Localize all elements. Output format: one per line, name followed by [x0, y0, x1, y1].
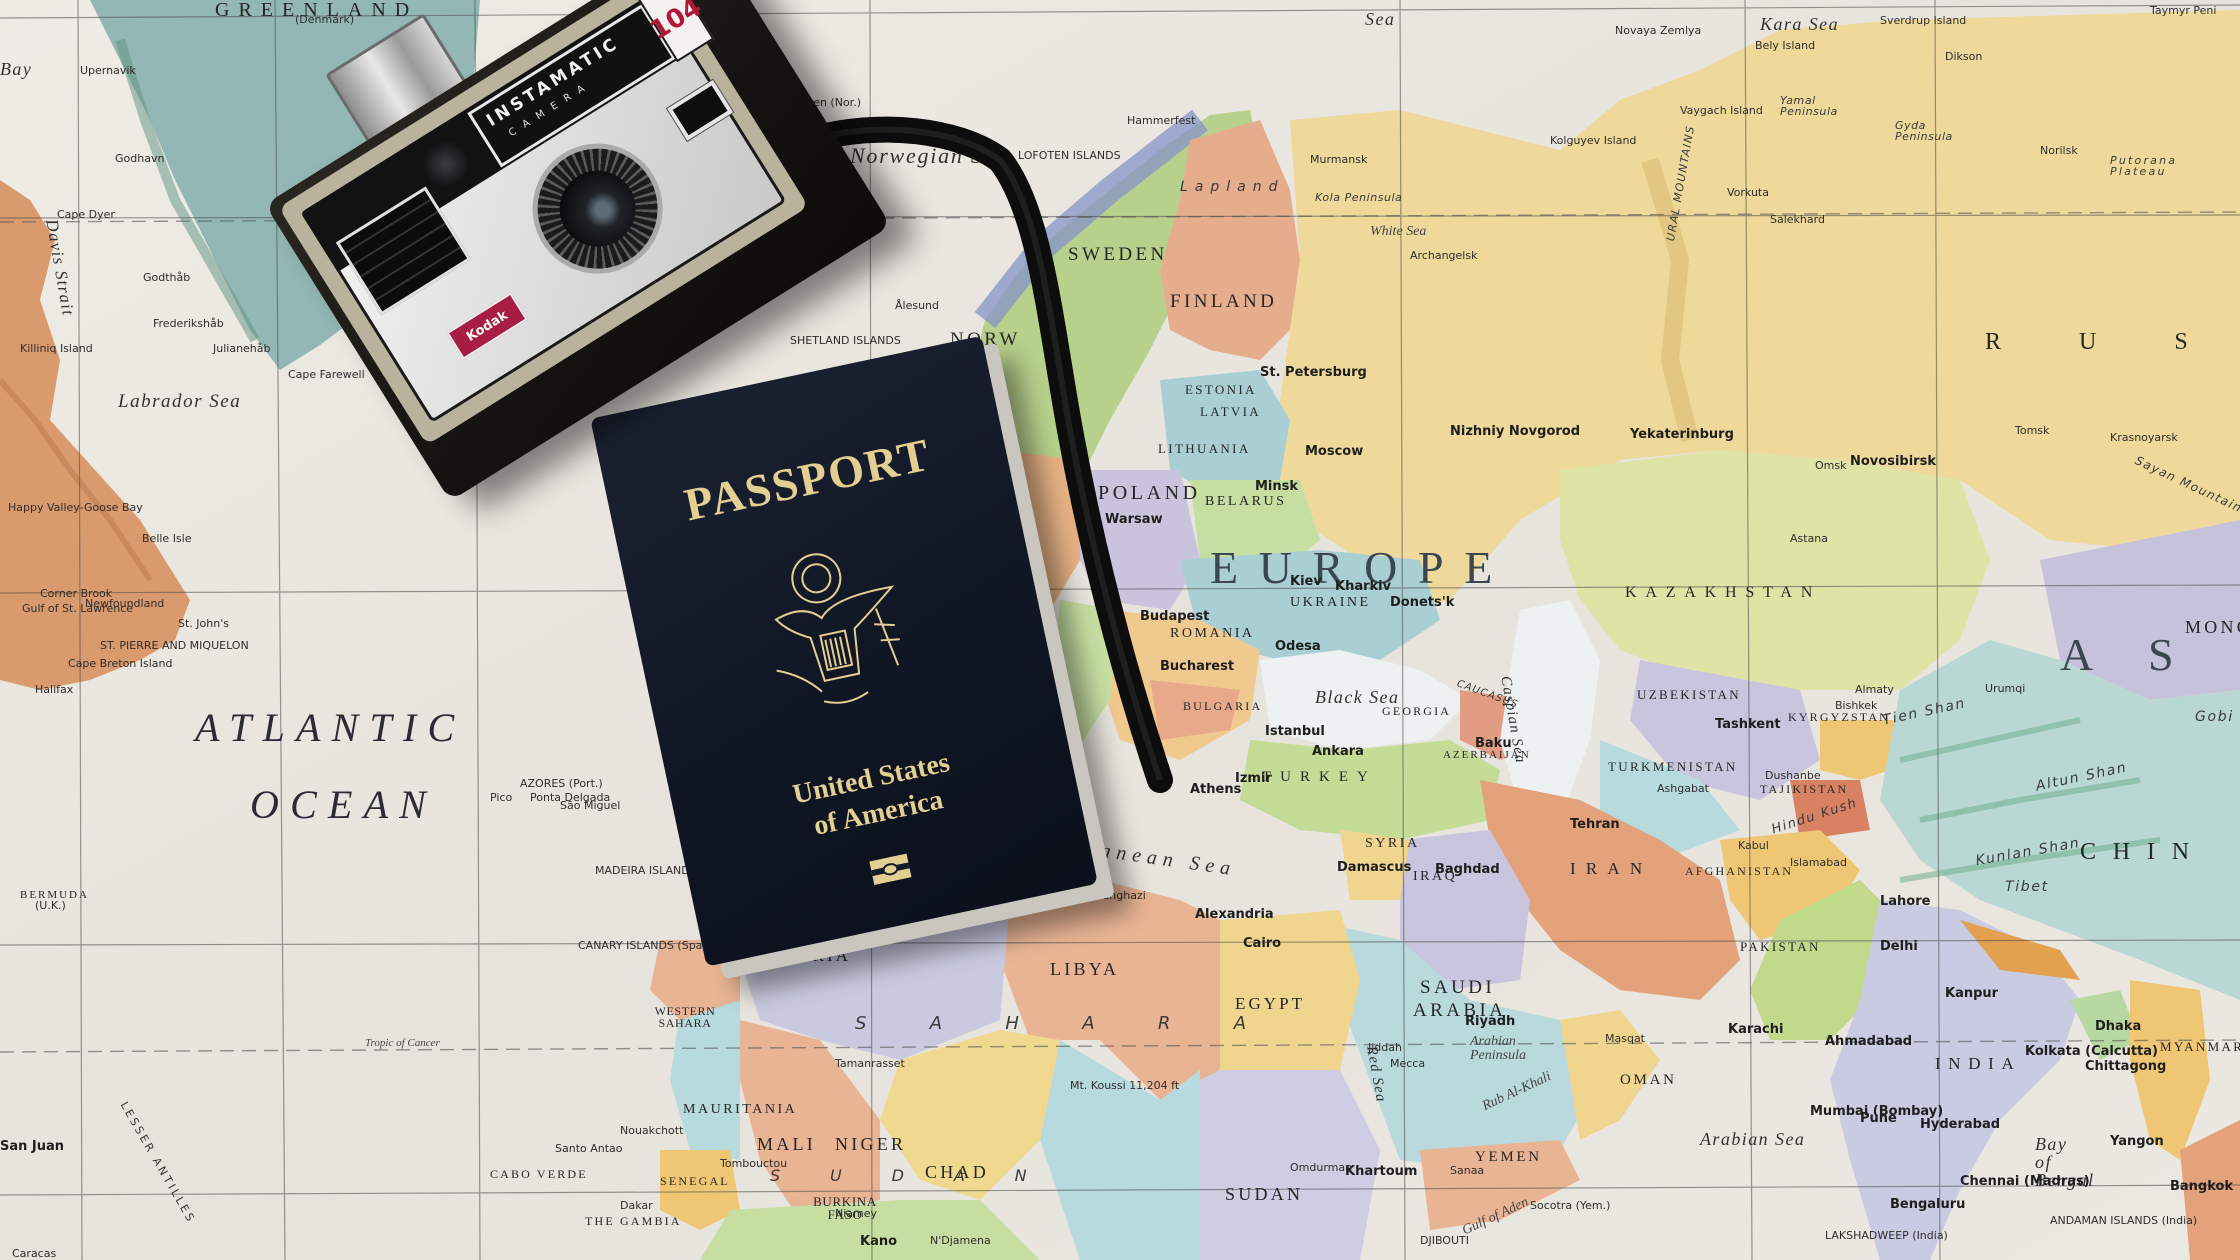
sea-label: White Sea — [1370, 225, 1426, 239]
country-label: MAURITANIA — [683, 1103, 797, 1117]
continent-label-asia: S — [2148, 632, 2194, 678]
region-label: Gyda Peninsula — [1895, 120, 1965, 142]
city-label-santo-antao: Santo Antao — [555, 1143, 623, 1154]
city-label-caracas: Caracas — [12, 1248, 56, 1259]
sea-label: Norwegian Sea — [850, 145, 1008, 167]
city-label-budapest: Budapest — [1140, 610, 1209, 623]
city-label-nouakchott: Nouakchott — [620, 1125, 683, 1136]
city-label-kanpur: Kanpur — [1945, 987, 1998, 1000]
city-label-salekhard: Salekhard — [1770, 214, 1825, 225]
region-label: S A H A R A — [855, 1015, 1275, 1033]
city-label-nizhniy: Nizhniy Novgorod — [1450, 425, 1580, 438]
region-label: Gobi — [2195, 710, 2234, 724]
continent-label-asia: A — [2060, 632, 2114, 678]
biometric-chip-icon — [868, 852, 913, 886]
city-label-mt-koussi: Mt. Koussi 11,204 ft — [1070, 1080, 1179, 1091]
city-label-tombouctou: Tombouctou — [720, 1158, 787, 1169]
country-label: UKRAINE — [1290, 596, 1371, 610]
city-label-omdurman: Omdurman — [1290, 1162, 1352, 1173]
city-label-moscow: Moscow — [1305, 445, 1363, 458]
city-label-istanbul: Istanbul — [1265, 725, 1325, 738]
city-label-tomsk: Tomsk — [2015, 425, 2049, 436]
city-label-minsk: Minsk — [1255, 480, 1298, 493]
city-label-almaty: Almaty — [1855, 684, 1894, 695]
city-label-khartoum: Khartoum — [1345, 1165, 1417, 1178]
city-label-warsaw: Warsaw — [1105, 513, 1163, 526]
city-label-bishkek: Bishkek — [1835, 700, 1877, 711]
city-label-kano: Kano — [860, 1235, 897, 1248]
city-label-upernavik: Upernavik — [80, 65, 136, 76]
city-label-mecca: Mecca — [1390, 1058, 1425, 1069]
city-label-dakar: Dakar — [620, 1200, 653, 1211]
city-label-islamabad: Islamabad — [1790, 857, 1847, 868]
lens-icon — [545, 156, 650, 261]
country-label: SAUDI — [1420, 978, 1495, 997]
city-label-djibouti: DJIBOUTI — [1420, 1235, 1469, 1246]
city-label-athens: Athens — [1190, 783, 1241, 796]
country-label: EGYPT — [1235, 995, 1305, 1012]
city-label-cape-dyer: Cape Dyer — [57, 209, 115, 220]
city-label-sanaa: Sanaa — [1450, 1165, 1484, 1176]
city-label-bangkok: Bangkok — [2170, 1180, 2233, 1193]
city-label-taymyr: Taymyr Peni — [2150, 5, 2216, 16]
city-label-jiddah: Jiddah — [1368, 1042, 1402, 1053]
city-label-bengaluru: Bengaluru — [1890, 1198, 1965, 1211]
country-label: UZBEKISTAN — [1637, 688, 1741, 701]
country-label: AFGHANISTAN — [1685, 865, 1793, 877]
country-label: INDIA — [1935, 1055, 2021, 1072]
country-label: KYRGYZSTAN — [1788, 711, 1890, 723]
city-label-astana: Astana — [1790, 533, 1828, 544]
country-label: MONG — [2185, 618, 2240, 636]
city-label-belle-isle: Belle Isle — [142, 533, 192, 544]
city-label-halifax: Halifax — [35, 684, 73, 695]
city-label-bucharest: Bucharest — [1160, 660, 1234, 673]
country-label: LIBYA — [1050, 960, 1119, 978]
country-label: LITHUANIA — [1158, 442, 1251, 455]
city-label-baku: Baku — [1475, 737, 1512, 750]
country-label: MYANMAR — [2160, 1040, 2240, 1053]
city-label-svendrup: Sverdrup Island — [1880, 15, 1966, 26]
city-label-dikson: Dikson — [1945, 51, 1982, 62]
country-label: PAKISTAN — [1740, 940, 1821, 953]
city-label-canary: CANARY ISLANDS (Spain) — [578, 940, 717, 951]
city-label-murmansk: Murmansk — [1310, 154, 1367, 165]
city-label-odesa: Odesa — [1275, 640, 1321, 653]
eagle-seal-icon — [732, 520, 945, 733]
city-label-denmark: (Denmark) — [295, 14, 354, 25]
country-label: SWEDEN — [1068, 245, 1168, 264]
city-label-socotra: Socotra (Yem.) — [1530, 1200, 1610, 1211]
city-label-godhavn: Godhavn — [115, 153, 164, 164]
city-label-happy-valley: Happy Valley-Goose Bay — [8, 502, 143, 513]
city-label-alexandria: Alexandria — [1195, 908, 1274, 921]
region-label: Lapland — [1180, 180, 1285, 194]
country-label: ROMANIA — [1170, 627, 1255, 641]
city-label-hyderabad-in: Hyderabad — [1920, 1118, 2000, 1131]
city-label-niamey: Niamey — [835, 1208, 877, 1219]
country-label: TURKMENISTAN — [1608, 760, 1738, 773]
city-label-tamanrasset: Tamanrasset — [835, 1058, 905, 1069]
city-label-vaygach: Vaygach Island — [1680, 105, 1763, 116]
city-label-shetland: SHETLAND ISLANDS — [790, 335, 901, 346]
city-label-lakshadweep: LAKSHADWEEP (India) — [1825, 1230, 1948, 1241]
city-label-dushanbe: Dushanbe — [1765, 770, 1821, 781]
country-label: TURKEY — [1262, 770, 1377, 785]
city-label-kharkiv: Kharkiv — [1335, 580, 1391, 593]
sea-label: Kara Sea — [1760, 15, 1839, 33]
city-label-norilsk: Norilsk — [2040, 145, 2078, 156]
city-label-bely: Bely Island — [1755, 40, 1815, 51]
city-label-krasnoyarsk: Krasnoyarsk — [2110, 432, 2178, 443]
city-label-dhaka: Dhaka — [2095, 1020, 2141, 1033]
photo-scene: ATLANTIC OCEAN EUROPE A S R U S S GREENL… — [0, 0, 2240, 1260]
city-label-tashkent: Tashkent — [1715, 718, 1781, 731]
city-label-donetsk: Donets'k — [1390, 596, 1454, 609]
city-label-ahmadabad: Ahmadabad — [1825, 1035, 1912, 1048]
city-label-gulf-st-lawrence: Gulf of St. Lawrence — [22, 603, 133, 614]
country-label: WESTERN SAHARA — [640, 1005, 730, 1029]
country-label: CHIN — [2080, 840, 2206, 864]
country-label: ESTONIA — [1185, 383, 1257, 396]
city-label-st-pierre: ST. PIERRE AND MIQUELON — [100, 640, 249, 651]
city-label-lofoten: LOFOTEN ISLANDS — [1018, 150, 1121, 161]
country-label: LATVIA — [1200, 405, 1261, 418]
city-label-novaya: Novaya Zemlya — [1615, 25, 1701, 36]
ocean-label: ATLANTIC — [195, 708, 465, 748]
country-label: BULGARIA — [1183, 700, 1262, 712]
city-label-bermuda-uk: (U.K.) — [35, 900, 66, 911]
passport-title: PASSPORT — [606, 412, 1008, 547]
city-label-kolkata: Kolkata (Calcutta) — [2025, 1045, 2158, 1058]
country-label: NIGER — [835, 1135, 906, 1153]
city-label-yekaterinburg: Yekaterinburg — [1630, 428, 1734, 441]
city-label-killiniq: Killiniq Island — [20, 343, 93, 354]
city-label-julianehab: Julianehåb — [213, 343, 271, 354]
country-label: THE GAMBIA — [585, 1215, 682, 1227]
country-label: SENEGAL — [660, 1175, 730, 1187]
city-label-cape-breton: Cape Breton Island — [68, 658, 173, 669]
region-label: Tibet — [2005, 880, 2049, 894]
city-label-kiev: Kiev — [1290, 575, 1322, 588]
sea-label: Sea — [1365, 10, 1395, 28]
sea-label: Black Sea — [1315, 688, 1399, 706]
region-label: Arabian Peninsula — [1470, 1035, 1560, 1063]
region-label: Putorana Plateau — [2110, 155, 2190, 177]
city-label-cape-farewell: Cape Farewell — [288, 369, 365, 380]
country-label-russia: R U S S — [1985, 330, 2240, 354]
city-label-lahore: Lahore — [1880, 895, 1930, 908]
city-label-delhi: Delhi — [1880, 940, 1918, 953]
country-label: CABO VERDE — [490, 1168, 588, 1180]
city-label-damascus: Damascus — [1337, 861, 1411, 874]
sea-label: Labrador Sea — [118, 392, 241, 411]
country-label: FINLAND — [1170, 292, 1277, 311]
city-label-baghdad: Baghdad — [1435, 863, 1500, 876]
country-label: TAJIKISTAN — [1760, 783, 1848, 795]
city-label-ndjamena: N'Djamena — [930, 1235, 991, 1246]
city-label-tehran: Tehran — [1570, 818, 1620, 831]
city-label-izmir: Izmir — [1235, 772, 1272, 785]
city-label-vorkuta: Vorkuta — [1727, 187, 1769, 198]
city-label-kabul: Kabul — [1738, 840, 1769, 851]
city-label-ashgabat: Ashgabat — [1657, 783, 1709, 794]
country-label: IRAN — [1570, 860, 1652, 877]
country-label: KAZAKHSTAN — [1625, 585, 1821, 601]
city-label-hammerfest: Hammerfest — [1127, 115, 1195, 126]
city-label-novosibirsk: Novosibirsk — [1850, 455, 1936, 468]
region-label: S U D A N — [770, 1168, 1049, 1184]
city-label-chittagong: Chittagong — [2085, 1060, 2166, 1073]
city-label-alesund: Ålesund — [895, 300, 939, 311]
city-label-karachi: Karachi — [1728, 1023, 1783, 1036]
country-label: SUDAN — [1225, 1185, 1303, 1203]
city-label-andaman: ANDAMAN ISLANDS (India) — [2050, 1215, 2197, 1226]
sea-label: Arabian Sea — [1700, 1130, 1805, 1148]
region-label: Kola Peninsula — [1315, 192, 1402, 203]
country-label: SYRIA — [1365, 837, 1420, 851]
city-label-pune: Pune — [1860, 1112, 1897, 1125]
city-label-yangon: Yangon — [2110, 1135, 2164, 1148]
region-label: Yamal Peninsula — [1780, 95, 1850, 117]
country-label: OMAN — [1620, 1073, 1677, 1088]
city-label-san-juan: San Juan — [0, 1140, 64, 1153]
city-label-masqat: Masqat — [1605, 1033, 1645, 1044]
sea-label: Bay — [0, 60, 32, 78]
country-label: POLAND — [1098, 483, 1201, 503]
city-label-archangelsk: Archangelsk — [1410, 250, 1477, 261]
city-label-cairo: Cairo — [1243, 937, 1281, 950]
country-label: MALI — [757, 1135, 816, 1153]
city-label-frederikshab: Frederikshåb — [153, 318, 224, 329]
city-label-riyadh: Riyadh — [1465, 1015, 1515, 1028]
country-label: BELARUS — [1205, 495, 1286, 509]
city-label-azores: AZORES (Port.) — [520, 778, 603, 789]
city-label-st-petersburg: St. Petersburg — [1260, 366, 1367, 379]
city-label-chennai: Chennai (Madras) — [1960, 1175, 2090, 1188]
city-label-kolguyev: Kolguyev Island — [1550, 135, 1636, 146]
ocean-label: OCEAN — [250, 785, 437, 825]
city-label-ankara: Ankara — [1312, 745, 1364, 758]
city-label-godthab: Godthåb — [143, 272, 190, 283]
region-label: Tropic of Cancer — [365, 1038, 440, 1049]
city-label-sao-miguel: São Miguel — [560, 800, 620, 811]
city-label-urumqi: Urumqi — [1985, 683, 2025, 694]
city-label-st-johns: St. John's — [178, 618, 229, 629]
country-label: YEMEN — [1475, 1150, 1542, 1165]
city-label-pico: Pico — [490, 792, 512, 803]
city-label-omsk: Omsk — [1815, 460, 1846, 471]
